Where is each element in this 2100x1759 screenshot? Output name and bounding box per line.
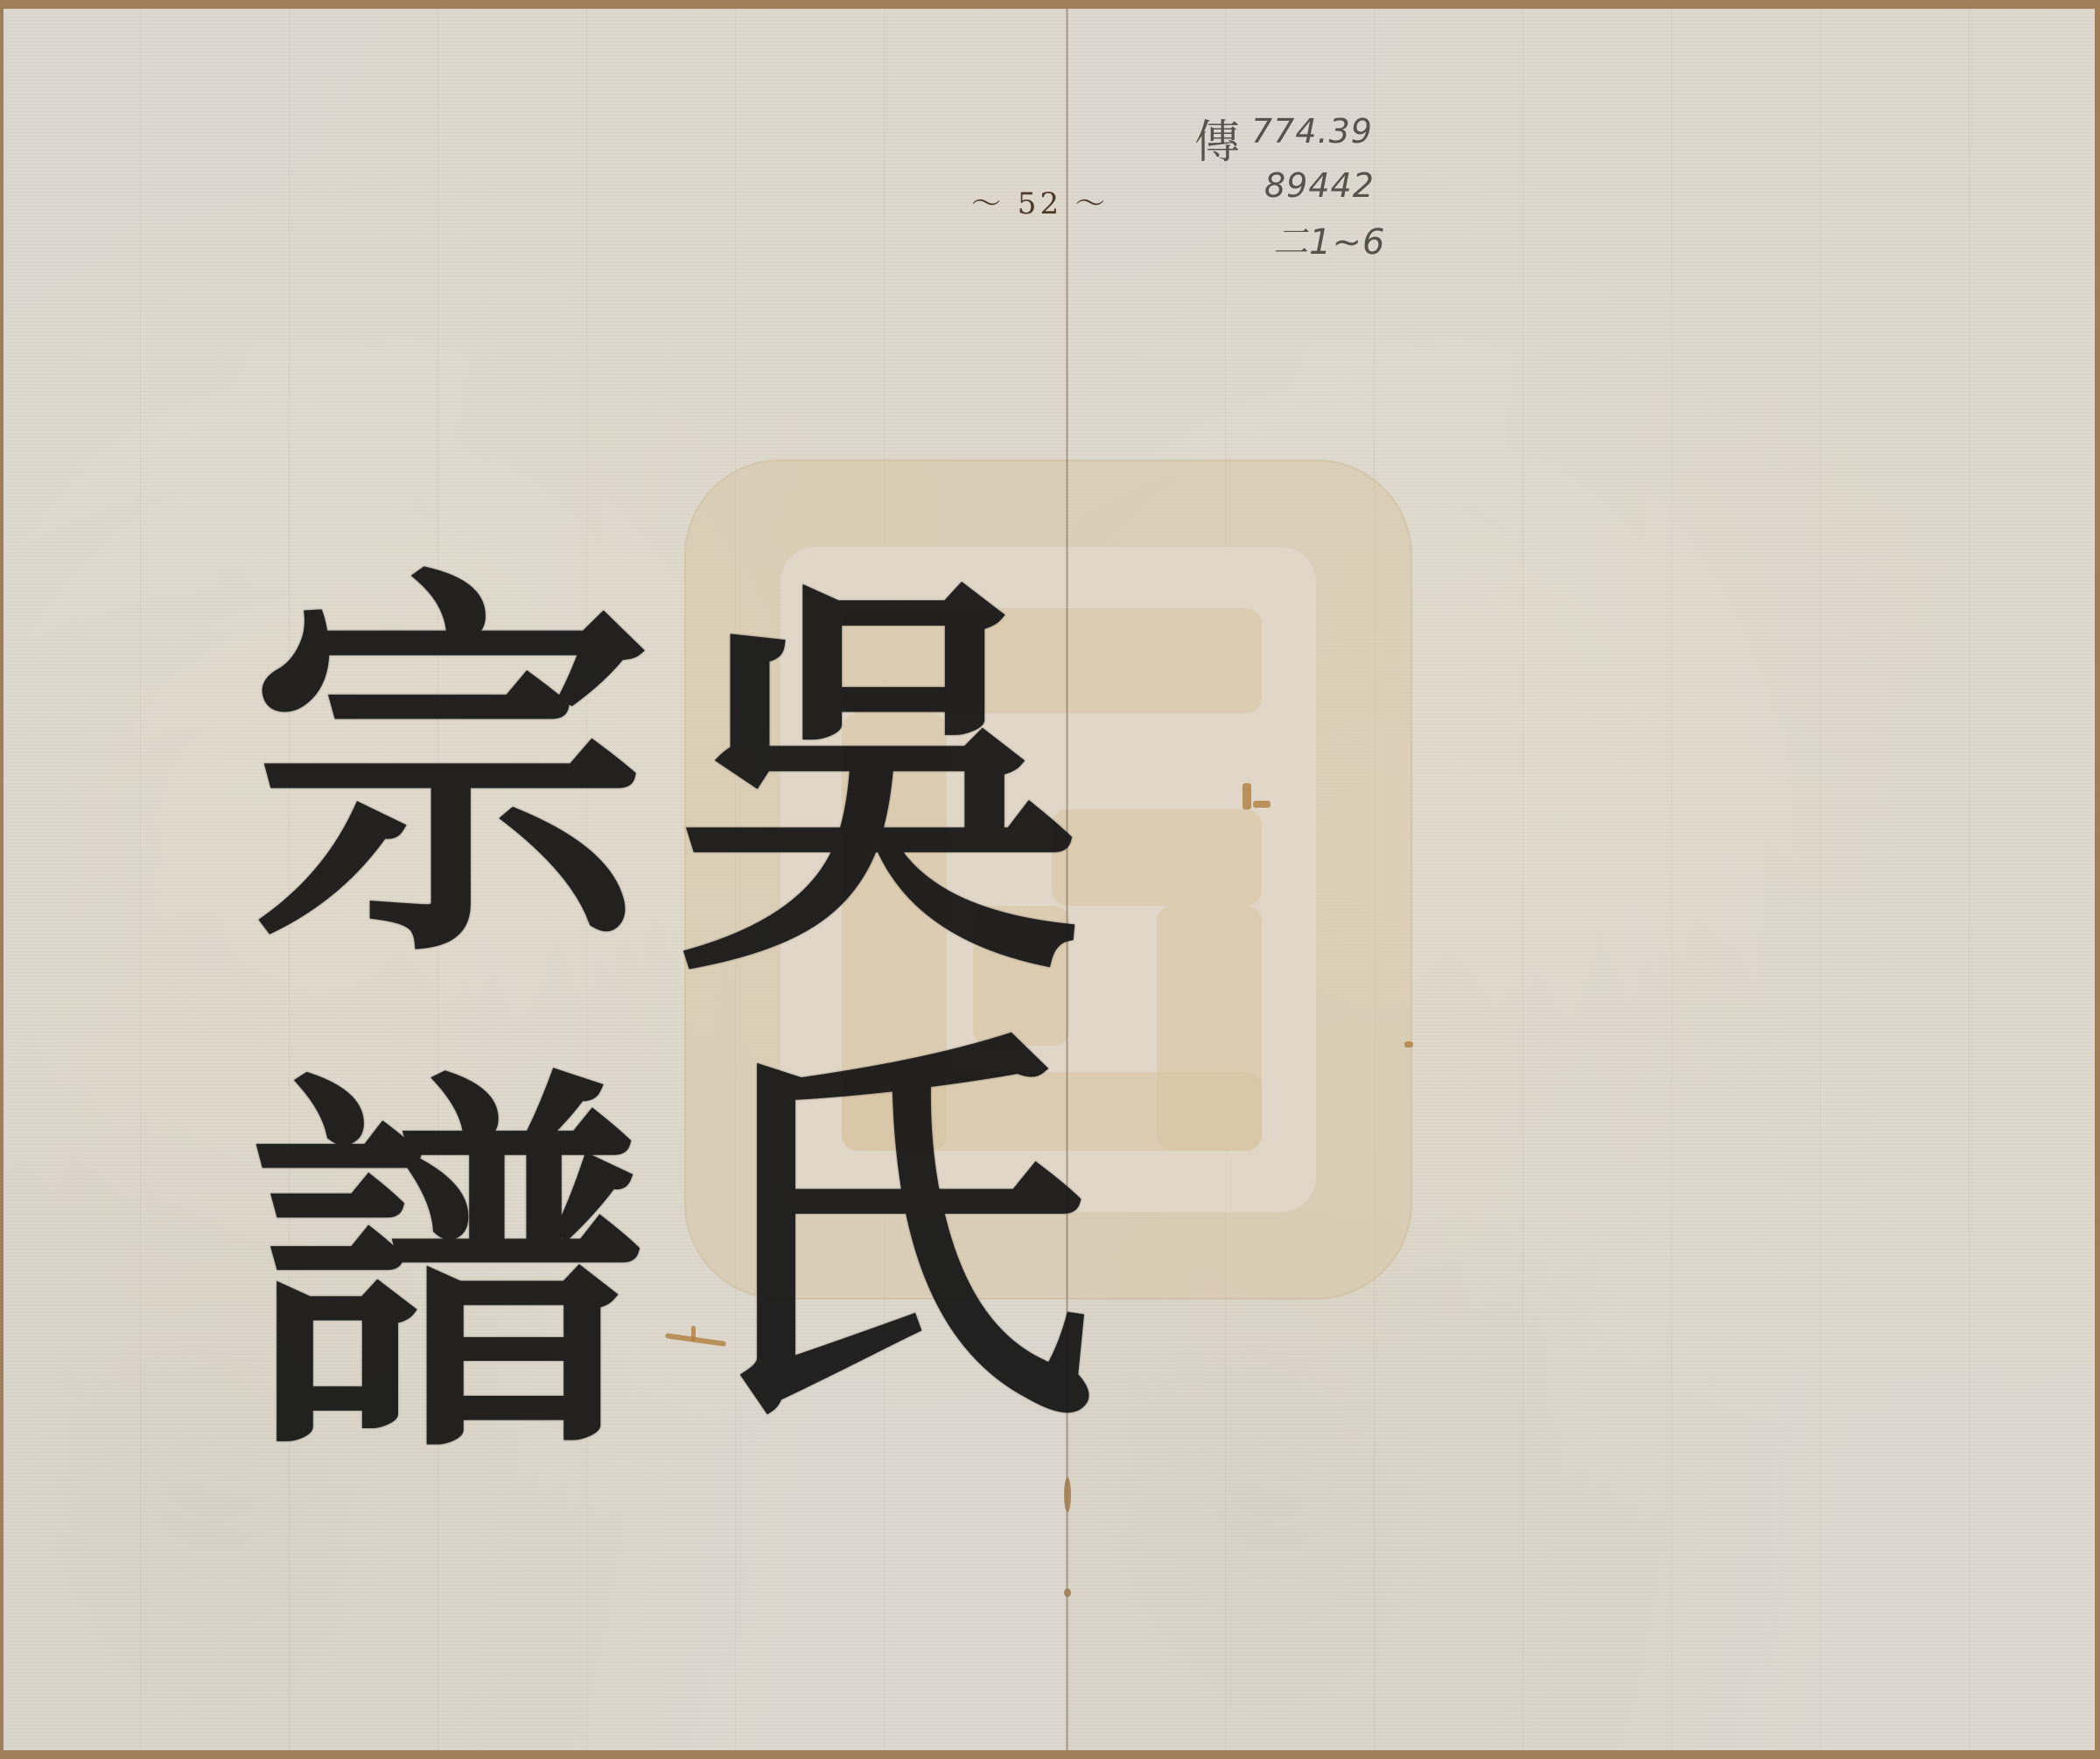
- column-rule: [1969, 9, 1970, 1750]
- paper-damage: [1253, 801, 1270, 808]
- title-char-shi: 氏: [691, 1033, 1094, 1435]
- paper-damage: [1404, 1041, 1413, 1048]
- gutter-stain: [1064, 1588, 1071, 1597]
- title-char-wu: 吳: [674, 578, 1085, 989]
- title-char-pu: 譜: [249, 1072, 643, 1466]
- column-rule: [140, 9, 141, 1750]
- paper-damage: [691, 1326, 696, 1342]
- title-char-zong: 宗: [249, 569, 652, 971]
- gutter-stain: [1064, 1477, 1071, 1512]
- call-number-prefix: 傳: [1194, 105, 1241, 171]
- paper-damage: [1242, 783, 1251, 809]
- column-rule: [1522, 9, 1523, 1750]
- scanned-spread: 吳 氏 宗 譜 〜 52 〜 傳 774.39 89442 二1~6: [0, 0, 2100, 1759]
- call-number-line3: 二1~6: [1273, 214, 1385, 264]
- call-number-line2: 89442: [1264, 166, 1375, 205]
- column-rule: [1820, 9, 1821, 1750]
- leaf-number-mark: 〜 52 〜: [971, 179, 1109, 222]
- column-rule: [1671, 9, 1672, 1750]
- call-number-line1: 774.39: [1251, 112, 1373, 151]
